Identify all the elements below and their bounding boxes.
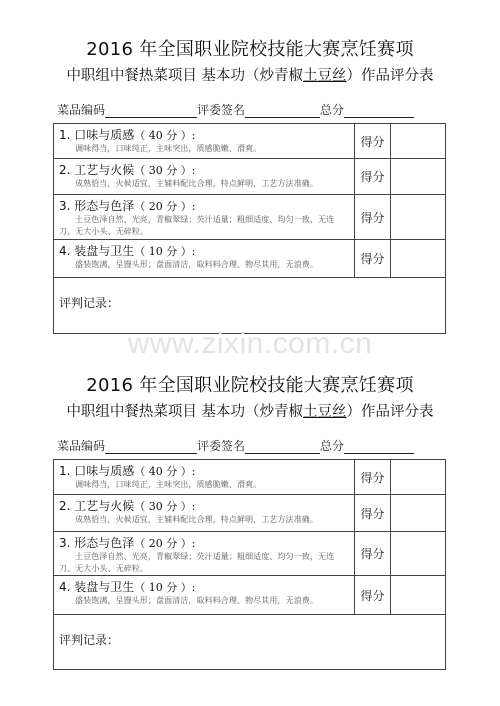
score-table: 1. 口味与质感（ 40 分 ）: 调味得当，口味纯正，主味突出，质感脆嫩、滑爽… (53, 459, 446, 670)
criterion-cell: 1. 口味与质感（ 40 分 ）: 调味得当，口味纯正，主味突出，质感脆嫩、滑爽… (54, 124, 355, 159)
subtitle-underlined: 土豆丝 (303, 404, 347, 420)
score-table: 1. 口味与质感（ 40 分 ）: 调味得当，口味纯正，主味突出，质感脆嫩、滑爽… (53, 123, 446, 334)
criterion-row: 2. 工艺与火候（ 30 分 ）: 成熟恰当，火候适宜，主辅料配比合理，特点鲜明… (54, 159, 446, 195)
score-label: 得分 (355, 532, 391, 576)
criterion-row: 3. 形态与色泽（ 20 分 ）: 土豆色泽自然、光亮，青椒翠绿；芡汁适量；粗细… (54, 195, 446, 240)
criterion-cell: 3. 形态与色泽（ 20 分 ）: 土豆色泽自然、光亮，青椒翠绿；芡汁适量；粗细… (54, 195, 355, 240)
score-input-cell[interactable] (391, 124, 446, 159)
info-row: 菜品编码评委签名总分 (57, 102, 414, 118)
criterion-title: 3. 形态与色泽 (59, 536, 134, 550)
total-field[interactable] (344, 440, 414, 454)
criterion-cell: 2. 工艺与火候（ 30 分 ）: 成熟恰当，火候适宜，主辅料配比合理，特点鲜明… (54, 495, 355, 532)
judge-sign-field[interactable] (245, 440, 320, 454)
score-label: 得分 (355, 195, 391, 240)
criterion-desc: 成熟恰当，火候适宜，主辅料配比合理，特点鲜明，工艺方法准确。 (59, 178, 350, 190)
score-input-cell[interactable] (391, 195, 446, 240)
criterion-points: （ 10 分 ）: (134, 245, 195, 258)
criterion-row: 4. 装盘与卫生（ 10 分 ）: 盛装饱满，呈馒头形；盘面清洁，取料料合理、物… (54, 576, 446, 615)
score-label: 得分 (355, 460, 391, 495)
criterion-title: 1. 口味与质感 (59, 464, 134, 478)
score-input-cell[interactable] (391, 460, 446, 495)
criterion-cell: 4. 装盘与卫生（ 10 分 ）: 盛装饱满，呈馒头形；盘面清洁，取料料合理、物… (54, 576, 355, 615)
criterion-title: 1. 口味与质感 (59, 128, 134, 142)
criterion-row: 4. 装盘与卫生（ 10 分 ）: 盛装饱满，呈馒头形；盘面清洁，取料料合理、物… (54, 240, 446, 278)
subtitle-text-end: ）作品评分表 (347, 404, 434, 420)
form-title: 2016 年全国职业院校技能大赛烹饪赛项 (0, 39, 500, 61)
criterion-title: 3. 形态与色泽 (59, 199, 134, 213)
form-subtitle: 中职组中餐热菜项目 基本功（炒青椒土豆丝）作品评分表 (0, 66, 500, 86)
criterion-points: （ 30 分 ）: (134, 500, 195, 513)
criterion-cell: 3. 形态与色泽（ 20 分 ）: 土豆色泽自然、光亮，青椒翠绿；芡汁适量；粗细… (54, 532, 355, 576)
criterion-points: （ 10 分 ）: (134, 581, 195, 594)
form-title: 2016 年全国职业院校技能大赛烹饪赛项 (0, 375, 500, 397)
score-label: 得分 (355, 495, 391, 532)
score-input-cell[interactable] (391, 159, 446, 195)
score-label: 得分 (355, 576, 391, 615)
criterion-desc: 盛装饱满，呈馒头形；盘面清洁，取料料合理、物尽其用，无浪费。 (59, 259, 350, 271)
form-subtitle: 中职组中餐热菜项目 基本功（炒青椒土豆丝）作品评分表 (0, 402, 500, 422)
criterion-points: （ 30 分 ）: (134, 164, 195, 177)
criterion-desc: 调味得当，口味纯正，主味突出，质感脆嫩、滑爽。 (59, 143, 350, 155)
criterion-cell: 2. 工艺与火候（ 30 分 ）: 成熟恰当，火候适宜，主辅料配比合理，特点鲜明… (54, 159, 355, 195)
criterion-desc: 成熟恰当，火候适宜，主辅料配比合理，特点鲜明，工艺方法准确。 (59, 514, 350, 526)
criterion-row: 1. 口味与质感（ 40 分 ）: 调味得当，口味纯正，主味突出，质感脆嫩、滑爽… (54, 124, 446, 159)
total-label: 总分 (320, 438, 344, 454)
score-input-cell[interactable] (391, 576, 446, 615)
dish-code-field[interactable] (105, 440, 197, 454)
dish-code-label: 菜品编码 (57, 102, 105, 118)
subtitle-text-end: ）作品评分表 (347, 68, 434, 84)
criterion-cell: 1. 口味与质感（ 40 分 ）: 调味得当，口味纯正，主味突出，质感脆嫩、滑爽… (54, 460, 355, 495)
criterion-row: 2. 工艺与火候（ 30 分 ）: 成熟恰当，火候适宜，主辅料配比合理，特点鲜明… (54, 495, 446, 532)
criterion-points: （ 40 分 ）: (134, 129, 195, 142)
score-input-cell[interactable] (391, 495, 446, 532)
criterion-title: 2. 工艺与火候 (59, 499, 134, 513)
comment-cell[interactable]: 评判记录： (54, 278, 446, 334)
score-input-cell[interactable] (391, 532, 446, 576)
criterion-points: （ 20 分 ）: (134, 200, 195, 213)
score-input-cell[interactable] (391, 240, 446, 278)
criterion-desc: 盛装饱满，呈馒头形；盘面清洁，取料料合理、物尽其用，无浪费。 (59, 595, 350, 607)
comment-label: 评判记录： (59, 296, 119, 310)
criterion-desc: 调味得当，口味纯正，主味突出，质感脆嫩、滑爽。 (59, 479, 350, 491)
comment-row: 评判记录： (54, 615, 446, 670)
comment-cell[interactable]: 评判记录： (54, 615, 446, 670)
subtitle-text: 中职组中餐热菜项目 基本功（炒青椒 (66, 68, 303, 84)
watermark: www.zixin.com.cn (0, 327, 500, 361)
judge-sign-label: 评委签名 (197, 102, 245, 118)
judge-sign-label: 评委签名 (197, 438, 245, 454)
criterion-cell: 4. 装盘与卫生（ 10 分 ）: 盛装饱满，呈馒头形；盘面清洁，取料料合理、物… (54, 240, 355, 278)
score-label: 得分 (355, 240, 391, 278)
total-field[interactable] (344, 104, 414, 118)
dish-code-field[interactable] (105, 104, 197, 118)
criterion-row: 3. 形态与色泽（ 20 分 ）: 土豆色泽自然、光亮，青椒翠绿；芡汁适量；粗细… (54, 532, 446, 576)
dish-code-label: 菜品编码 (57, 438, 105, 454)
criterion-points: （ 40 分 ）: (134, 465, 195, 478)
total-label: 总分 (320, 102, 344, 118)
judge-sign-field[interactable] (245, 104, 320, 118)
criterion-row: 1. 口味与质感（ 40 分 ）: 调味得当，口味纯正，主味突出，质感脆嫩、滑爽… (54, 460, 446, 495)
subtitle-underlined: 土豆丝 (303, 68, 347, 84)
criterion-desc: 土豆色泽自然、光亮，青椒翠绿；芡汁适量；粗细适度、均匀一致，无连刀、无大小头、无… (59, 214, 350, 238)
criterion-desc: 土豆色泽自然、光亮，青椒翠绿；芡汁适量；粗细适度、均匀一致，无连刀、无大小头、无… (59, 551, 350, 575)
comment-row: 评判记录： (54, 278, 446, 334)
criterion-title: 4. 装盘与卫生 (59, 244, 134, 258)
score-label: 得分 (355, 159, 391, 195)
criterion-title: 2. 工艺与火候 (59, 163, 134, 177)
score-label: 得分 (355, 124, 391, 159)
criterion-title: 4. 装盘与卫生 (59, 580, 134, 594)
comment-label: 评判记录： (59, 633, 119, 647)
subtitle-text: 中职组中餐热菜项目 基本功（炒青椒 (66, 404, 303, 420)
criterion-points: （ 20 分 ）: (134, 537, 195, 550)
info-row: 菜品编码评委签名总分 (57, 438, 414, 454)
